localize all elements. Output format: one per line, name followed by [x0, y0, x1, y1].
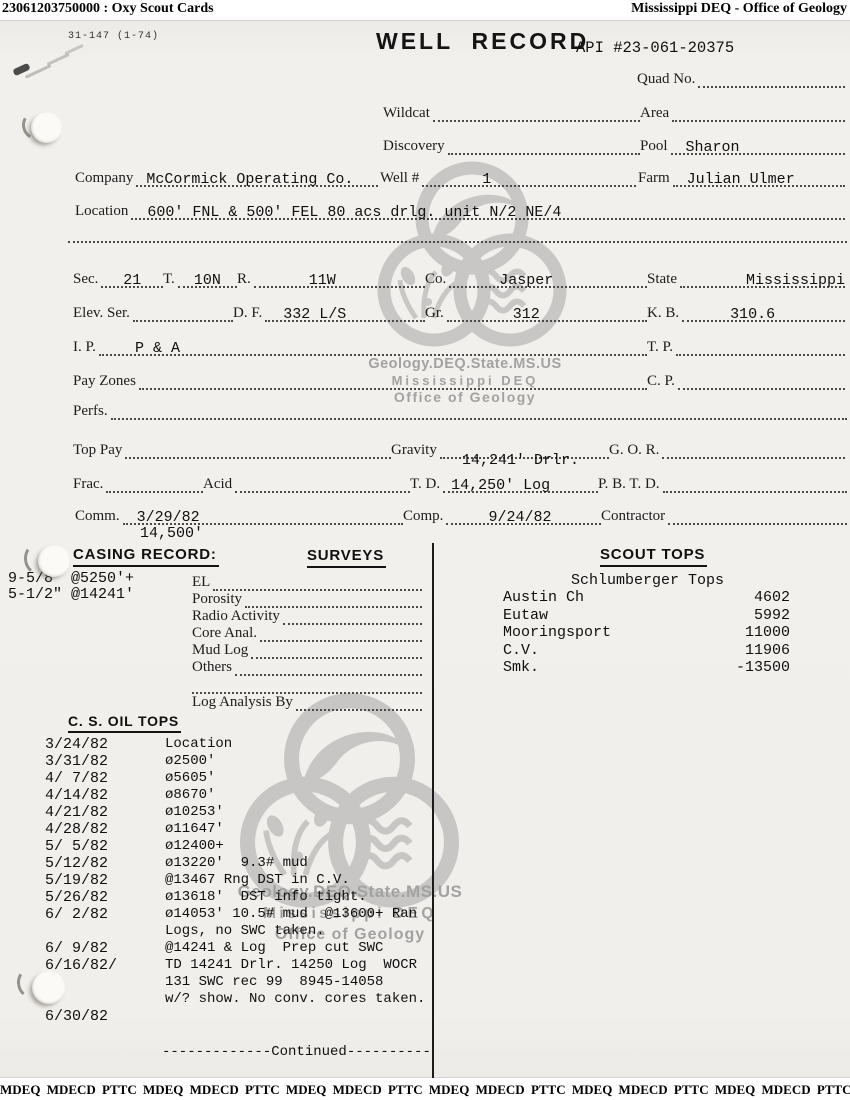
field-value: 14,250' Log	[451, 477, 550, 494]
dotted-line	[235, 674, 422, 676]
formation-name: Mooringsport	[503, 624, 611, 642]
log-entry: 4/21/82ø10253'	[45, 804, 437, 821]
dotted-line	[125, 457, 391, 459]
dotted-line	[283, 623, 422, 625]
entry-date: 5/ 5/82	[45, 838, 165, 855]
field-label: T. D.	[410, 476, 443, 493]
field-label: Comp.	[403, 508, 446, 525]
field-label: I. P.	[73, 339, 99, 356]
field-label: Wildcat	[383, 105, 433, 122]
viewer-header-bar: 23061203750000 : Oxy Scout Cards Mississ…	[0, 0, 850, 20]
field-label: D. F.	[233, 305, 265, 322]
field-label: Frac.	[73, 476, 106, 493]
dotted-line	[663, 491, 847, 493]
log-entry: 4/ 7/82ø5605'	[45, 770, 437, 787]
field-label: Area	[640, 105, 672, 122]
dotted-line: 3/29/82	[123, 506, 403, 525]
dotted-line: Mississippi	[680, 269, 845, 288]
viewer-footer-bar: MDEQ MDECD PTTC MDEQ MDECD PTTC MDEQ MDE…	[0, 1078, 850, 1100]
field-label: Location	[75, 203, 131, 220]
log-entry: 6/16/82/TD 14241 Drlr. 14250 Log WOCR 13…	[45, 957, 437, 1008]
log-analysis-row: Log Analysis By	[192, 694, 422, 711]
log-entry: 5/26/82ø13618' DST info tight.	[45, 889, 437, 906]
field-label: Gravity	[391, 442, 440, 459]
field-label: Perfs.	[73, 403, 111, 420]
entry-text: ø13220' 9.3# mud	[165, 855, 437, 872]
dotted-line: 14,250' Log	[443, 474, 598, 493]
log-entry: 5/ 5/82ø12400+	[45, 838, 437, 855]
field-label: Farm	[638, 170, 673, 187]
entry-date: 4/14/82	[45, 787, 165, 804]
dotted-line	[698, 86, 845, 88]
field-pbtd: P. B. T. D.	[598, 471, 847, 493]
field-label: T. P.	[647, 339, 676, 356]
field-location: Location 600' FNL & 500' FEL 80 acs drlg…	[75, 198, 845, 220]
entry-date: 5/19/82	[45, 872, 165, 889]
field-value: 1	[482, 171, 491, 188]
field-label: Discovery	[383, 138, 448, 155]
field-value: 9/24/82	[488, 509, 551, 526]
field-label: C. P.	[647, 373, 678, 390]
field-label: Elev. Ser.	[73, 305, 133, 322]
field-kelly-bushing: K. B. 310.6	[647, 300, 845, 322]
dotted-line: Sharon	[671, 136, 845, 155]
page-title: WELL RECORD	[376, 28, 589, 55]
entry-date: 5/26/82	[45, 889, 165, 906]
form-number: 31-147 (1-74)	[68, 31, 159, 42]
field-pool: Pool Sharon	[640, 133, 845, 155]
blank-dotted-line	[192, 676, 422, 694]
api-number: API #23-061-20375	[576, 39, 734, 57]
log-entry: 5/12/82ø13220' 9.3# mud	[45, 855, 437, 872]
formation-name: Eutaw	[503, 607, 548, 625]
field-state: State Mississippi	[647, 266, 845, 288]
scout-top-row: Mooringsport11000	[503, 624, 790, 642]
scout-tops-table: Austin Ch4602 Eutaw5992 Mooringsport1100…	[503, 589, 790, 677]
scout-top-row: Eutaw5992	[503, 607, 790, 625]
dotted-line: 310.6	[682, 303, 845, 322]
dotted-line	[133, 320, 233, 322]
field-elev-ser: Elev. Ser.	[73, 300, 233, 322]
field-perfs: Perfs.	[73, 398, 847, 420]
entry-date: 5/12/82	[45, 855, 165, 872]
survey-item: EL	[192, 574, 422, 591]
field-label: Well #	[380, 170, 422, 187]
entry-text: @14241 & Log Prep cut SWC	[165, 940, 437, 957]
field-area: Area	[640, 100, 845, 122]
field-value: McCormick Operating Co.	[146, 171, 353, 188]
field-section: Sec. 21	[73, 266, 163, 288]
entry-date: 3/31/82	[45, 753, 165, 770]
field-tp: T. P.	[647, 334, 845, 356]
field-gor: G. O. R.	[609, 437, 845, 459]
punch-hole	[32, 971, 65, 1004]
entry-date: 6/ 2/82	[45, 906, 165, 923]
dotted-line: 600' FNL & 500' FEL 80 acs drlg. unit N/…	[131, 201, 845, 220]
field-value: 312	[513, 306, 540, 323]
casing-line: 5-1/2" @14241'	[8, 586, 134, 603]
field-township: T. 10N	[163, 266, 237, 288]
field-label: K. B.	[647, 305, 682, 322]
field-label: Company	[75, 170, 136, 187]
field-farm: Farm Julian Ulmer	[638, 165, 845, 187]
dotted-line: 312	[447, 303, 647, 322]
field-value: 21	[123, 272, 141, 289]
field-wildcat: Wildcat	[383, 100, 640, 122]
entry-date: 3/24/82	[45, 736, 165, 753]
agency-title: Mississippi DEQ - Office of Geology	[631, 1, 847, 17]
field-label: Pool	[640, 138, 671, 155]
field-label: State	[647, 271, 680, 288]
field-value: Mississippi	[746, 272, 845, 289]
dotted-line	[672, 120, 845, 122]
dotted-line	[139, 388, 647, 390]
entry-date: 4/28/82	[45, 821, 165, 838]
log-entry: 5/19/82@13467 Rng DST in C.V.	[45, 872, 437, 889]
entry-date: 4/21/82	[45, 804, 165, 821]
dotted-line	[260, 640, 422, 642]
dotted-line: 9/24/82	[446, 506, 601, 525]
field-well-number: Well # 1	[380, 165, 636, 187]
field-cp: C. P.	[647, 368, 845, 390]
cs-oil-tops-list: 3/24/82Location 3/31/82ø2500' 4/ 7/82ø56…	[45, 736, 437, 1025]
entry-text: ø11647'	[165, 821, 437, 838]
survey-item: Core Anal.	[192, 625, 422, 642]
formation-name: C.V.	[503, 642, 539, 660]
surveys-heading: SURVEYS	[307, 547, 386, 568]
casing-record-heading: CASING RECORD:	[73, 546, 219, 567]
scout-tops-heading: SCOUT TOPS	[600, 546, 707, 567]
survey-item: Others	[192, 659, 422, 676]
entry-text: @13467 Rng DST in C.V.	[165, 872, 437, 889]
ruled-line	[68, 241, 847, 243]
field-value: 332 L/S	[283, 306, 346, 323]
field-label: R.	[237, 271, 254, 288]
dotted-line: 11W	[254, 269, 425, 288]
field-label: Gr.	[425, 305, 447, 322]
survey-item: Porosity	[192, 591, 422, 608]
scout-tops-subheading: Schlumberger Tops	[571, 572, 724, 589]
field-label: Sec.	[73, 271, 101, 288]
log-entry: 6/ 9/82@14241 & Log Prep cut SWC	[45, 940, 437, 957]
field-pay-zones: Pay Zones	[73, 368, 647, 390]
field-value: 3/29/82	[137, 509, 200, 526]
dotted-line	[662, 457, 845, 459]
dotted-line	[678, 388, 845, 390]
dotted-line	[433, 120, 640, 122]
scout-top-row: Smk.-13500	[503, 659, 790, 677]
formation-depth: -13500	[736, 659, 790, 677]
dotted-line: 21	[101, 269, 163, 288]
entry-text: ø12400+	[165, 838, 437, 855]
field-value: Sharon	[686, 139, 740, 156]
field-initial-production: I. P. P & A	[73, 334, 647, 356]
comm-depth: 14,500'	[140, 525, 203, 542]
field-quad-no: Quad No.	[637, 66, 845, 88]
dotted-line	[106, 491, 203, 493]
log-entry: 6/ 2/82ø14053' 10.5# mud @13600+ Ran Log…	[45, 906, 437, 940]
field-label: Pay Zones	[73, 373, 139, 390]
field-total-depth: T. D. 14,250' Log	[410, 471, 598, 493]
footer-text: MDEQ MDECD PTTC MDEQ MDECD PTTC MDEQ MDE…	[0, 1082, 850, 1098]
formation-depth: 11906	[745, 642, 790, 660]
field-ground: Gr. 312	[425, 300, 647, 322]
punch-hole	[31, 112, 62, 143]
continued-marker: -------------Continued----------	[162, 1044, 431, 1060]
dotted-line	[111, 418, 847, 420]
entry-date: 6/30/82	[45, 1008, 165, 1025]
entry-date: 6/16/82/	[45, 957, 165, 974]
log-entry: 4/14/82ø8670'	[45, 787, 437, 804]
dotted-line: 1	[422, 168, 636, 187]
field-label: Contractor	[601, 508, 668, 525]
field-top-pay: Top Pay	[73, 437, 391, 459]
field-label: Quad No.	[637, 71, 698, 88]
field-value: Jasper	[499, 272, 553, 289]
dotted-line: 332 L/S	[265, 303, 425, 322]
entry-text: Location	[165, 736, 437, 753]
entry-text: ø2500'	[165, 753, 437, 770]
field-value: 600' FNL & 500' FEL 80 acs drlg. unit N/…	[147, 204, 561, 221]
document-id-title: 23061203750000 : Oxy Scout Cards	[2, 1, 214, 17]
field-label: P. B. T. D.	[598, 476, 663, 493]
entry-text: ø8670'	[165, 787, 437, 804]
scout-top-row: C.V.11906	[503, 642, 790, 660]
field-contractor: Contractor	[601, 503, 847, 525]
dotted-line	[676, 354, 845, 356]
field-label: G. O. R.	[609, 442, 662, 459]
log-entry: 4/28/82ø11647'	[45, 821, 437, 838]
dotted-line: Julian Ulmer	[673, 168, 845, 187]
entry-text: ø13618' DST info tight.	[165, 889, 437, 906]
dotted-line	[668, 523, 847, 525]
td-driller-depth: 14,241' Drlr.	[462, 452, 579, 469]
entry-text: TD 14241 Drlr. 14250 Log WOCR 131 SWC re…	[165, 957, 437, 1008]
log-entry: 3/31/82ø2500'	[45, 753, 437, 770]
field-label: Acid	[203, 476, 235, 493]
dotted-line	[296, 709, 422, 711]
field-value: 310.6	[730, 306, 775, 323]
field-range: R. 11W	[237, 266, 425, 288]
entry-text: ø14053' 10.5# mud @13600+ Ran Logs, no S…	[165, 906, 437, 940]
cs-oil-tops-heading: C. S. OIL TOPS	[68, 713, 181, 733]
dotted-line	[235, 491, 410, 493]
field-commenced: Comm. 3/29/82	[75, 503, 403, 525]
casing-line: 9-5/8" @5250'+	[8, 570, 134, 587]
dotted-line	[251, 657, 422, 659]
field-label: Co.	[425, 271, 449, 288]
field-county: Co. Jasper	[425, 266, 647, 288]
field-value: P & A	[135, 340, 180, 357]
log-entry: 3/24/82Location	[45, 736, 437, 753]
formation-name: Smk.	[503, 659, 539, 677]
formation-depth: 11000	[745, 624, 790, 642]
entry-date: 6/ 9/82	[45, 940, 165, 957]
deq-logo-watermark	[362, 158, 582, 363]
field-value: Julian Ulmer	[687, 171, 795, 188]
field-label: Top Pay	[73, 442, 125, 459]
dotted-line: McCormick Operating Co.	[136, 168, 378, 187]
dotted-line: Jasper	[449, 269, 647, 288]
field-label: T.	[163, 271, 178, 288]
field-frac: Frac.	[73, 471, 203, 493]
entry-text: ø10253'	[165, 804, 437, 821]
survey-item: Radio Activity	[192, 608, 422, 625]
dotted-line	[448, 153, 640, 155]
field-label: Comm.	[75, 508, 123, 525]
dotted-line: 10N	[178, 269, 237, 288]
field-value: 10N	[194, 272, 221, 289]
survey-item: Mud Log	[192, 642, 422, 659]
formation-depth: 5992	[754, 607, 790, 625]
entry-date: 4/ 7/82	[45, 770, 165, 787]
surveys-list: EL Porosity Radio Activity Core Anal. Mu…	[192, 574, 422, 711]
log-entry: 6/30/82	[45, 1008, 437, 1025]
field-company: Company McCormick Operating Co.	[75, 165, 378, 187]
punch-hole	[38, 545, 70, 577]
field-completed: Comp. 9/24/82	[403, 503, 601, 525]
formation-name: Austin Ch	[503, 589, 584, 607]
field-discovery: Discovery	[383, 133, 640, 155]
formation-depth: 4602	[754, 589, 790, 607]
scout-top-row: Austin Ch4602	[503, 589, 790, 607]
field-value: 11W	[309, 272, 336, 289]
field-derrick-floor: D. F. 332 L/S	[233, 300, 425, 322]
field-acid: Acid	[203, 471, 410, 493]
dotted-line: P & A	[99, 337, 647, 356]
entry-text: ø5605'	[165, 770, 437, 787]
